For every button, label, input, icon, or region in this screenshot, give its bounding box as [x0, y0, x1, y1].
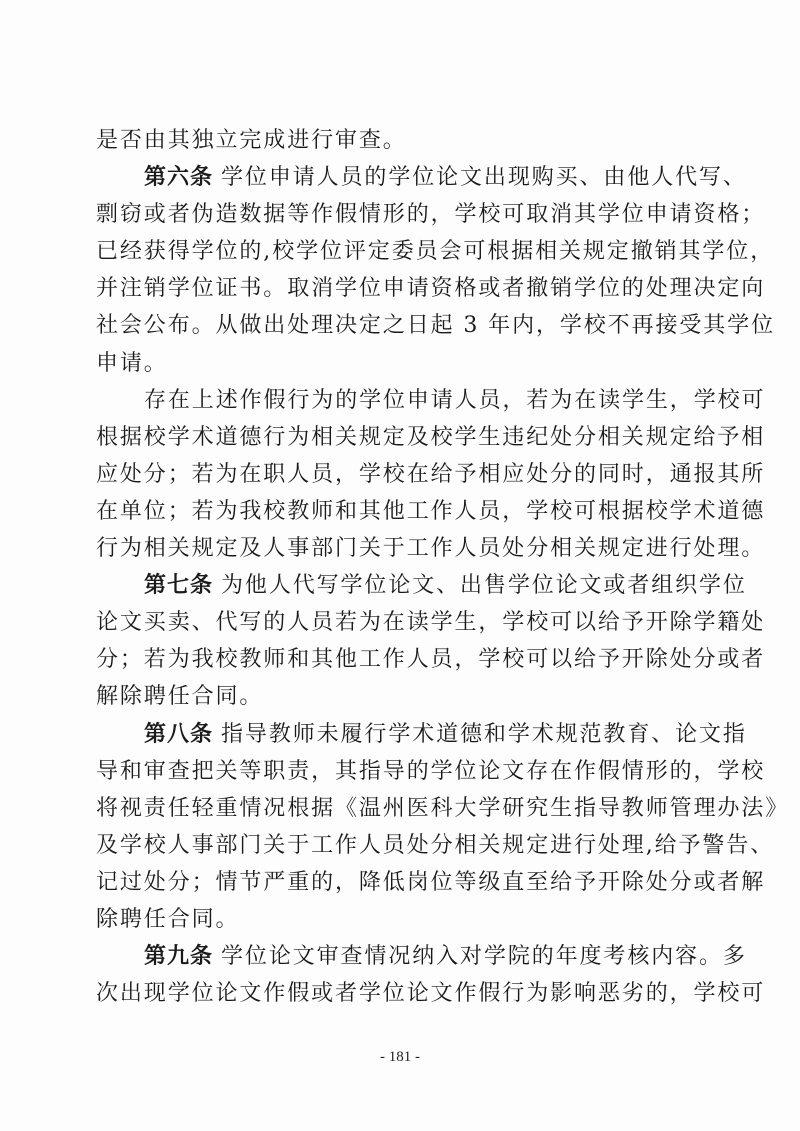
text-line: 并注销学位证书。取消学位申请资格或者撤销学位的处理决定向	[96, 270, 708, 307]
text-line: 论文买卖、代写的人员若为在读学生，学校可以给予开除学籍处	[96, 604, 708, 641]
text-line: 导和审查把关等职责，其指导的学位论文存在作假情形的，学校	[96, 753, 708, 790]
text-line: 记过处分；情节严重的，降低岗位等级直至给予开除处分或者解	[96, 864, 708, 901]
text-line: 及学校人事部门关于工作人员处分相关规定进行处理,给予警告、	[96, 827, 708, 864]
text-line: 社会公布。从做出处理决定之日起 3 年内，学校不再接受其学位	[96, 307, 708, 344]
text-line: 行为相关规定及人事部门关于工作人员处分相关规定进行处理。	[96, 530, 708, 567]
text-line: 除聘任合同。	[96, 901, 708, 938]
page-number: - 181 -	[0, 1049, 800, 1066]
text-line: 学位申请人员的学位论文出现购买、由他人代写、	[221, 165, 747, 190]
text-line: 根据校学术道德行为相关规定及校学生违纪处分相关规定给予相	[96, 419, 708, 456]
article-number: 第六条	[144, 165, 213, 190]
article-7-heading-line: 第七条为他人代写学位论文、出售学位论文或者组织学位	[96, 567, 708, 604]
text-line: 解除聘任合同。	[96, 678, 708, 715]
article-8-heading-line: 第八条指导教师未履行学术道德和学术规范教育、论文指	[96, 716, 708, 753]
text-line: 已经获得学位的,校学位评定委员会可根据相关规定撤销其学位，	[96, 233, 708, 270]
article-number: 第八条	[144, 722, 213, 747]
article-number: 第九条	[144, 944, 213, 969]
text-line: 分；若为我校教师和其他工作人员，学校可以给予开除处分或者	[96, 641, 708, 678]
text-line: 应处分；若为在职人员，学校在给予相应处分的同时，通报其所	[96, 456, 708, 493]
text-line: 是否由其独立完成进行审查。	[96, 122, 708, 159]
text-line: 次出现学位论文作假或者学位论文作假行为影响恶劣的，学校可	[96, 975, 708, 1012]
article-number: 第七条	[144, 573, 213, 598]
text-line: 将视责任轻重情况根据《温州医科大学研究生指导教师管理办法》	[96, 790, 708, 827]
text-line: 为他人代写学位论文、出售学位论文或者组织学位	[221, 573, 747, 598]
document-page: 是否由其独立完成进行审查。 第六条学位申请人员的学位论文出现购买、由他人代写、 …	[0, 0, 800, 1131]
text-line: 学位论文审查情况纳入对学院的年度考核内容。多	[221, 944, 747, 969]
text-line: 在单位；若为我校教师和其他工作人员，学校可根据校学术道德	[96, 493, 708, 530]
document-body: 是否由其独立完成进行审查。 第六条学位申请人员的学位论文出现购买、由他人代写、 …	[96, 122, 708, 1012]
article-6-heading-line: 第六条学位申请人员的学位论文出现购买、由他人代写、	[96, 159, 708, 196]
text-line: 指导教师未履行学术道德和学术规范教育、论文指	[221, 722, 747, 747]
text-line: 存在上述作假行为的学位申请人员，若为在读学生，学校可	[96, 382, 708, 419]
article-9-heading-line: 第九条学位论文审查情况纳入对学院的年度考核内容。多	[96, 938, 708, 975]
text-line: 申请。	[96, 345, 708, 382]
text-line: 剽窃或者伪造数据等作假情形的，学校可取消其学位申请资格；	[96, 196, 708, 233]
